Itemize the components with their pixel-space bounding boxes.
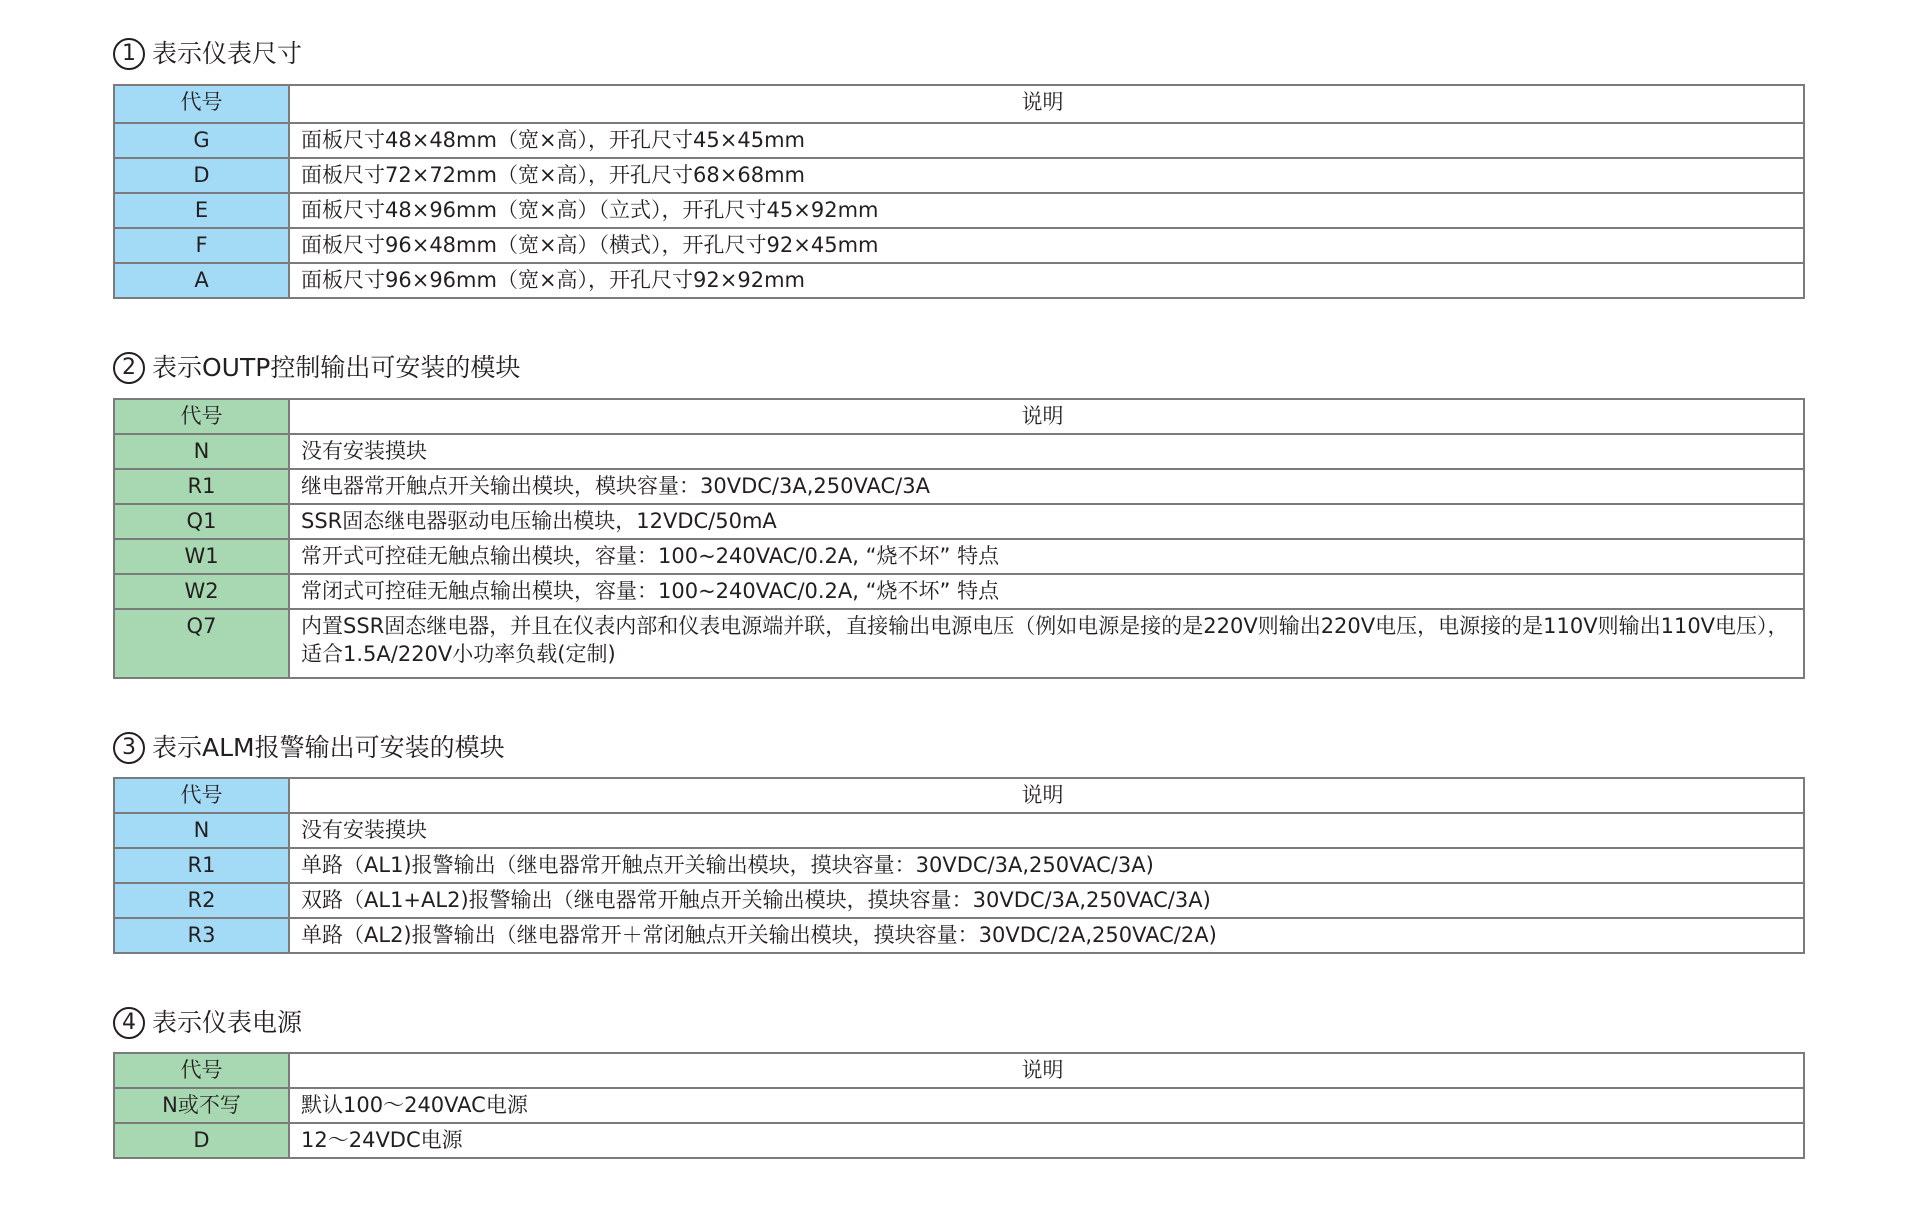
row-desc: 常开式可控硅无触点输出模块，容量：100~240VAC/0.2A, “烧不坏” … [289,539,1804,574]
row-code: R2 [114,883,289,918]
section-title-text: 表示OUTP控制输出可安装的模块 [152,353,520,383]
row-desc: 默认100～240VAC电源 [289,1088,1804,1123]
row-desc: 12～24VDC电源 [289,1123,1804,1158]
row-desc: 面板尺寸48×48mm（宽×高），开孔尺寸45×45mm [289,123,1804,158]
table-row: W2常闭式可控硅无触点输出模块，容量：100~240VAC/0.2A, “烧不坏… [114,574,1804,609]
row-desc: SSR固态继电器驱动电压输出模块，12VDC/50mA [289,504,1804,539]
outp-module-table: 代号 说明 N没有安装摸块 R1继电器常开触点开关输出模块，模块容量：30VDC… [113,398,1805,679]
row-code: N或不写 [114,1088,289,1123]
section-title-text: 表示ALM报警输出可安装的模块 [152,733,505,763]
section-title-text: 表示仪表电源 [152,1008,302,1038]
circled-number-icon: 4 [113,1007,145,1039]
row-code: E [114,193,289,228]
header-code: 代号 [114,1053,289,1088]
section-1-title: 1 表示仪表尺寸 [113,38,302,70]
row-code: W1 [114,539,289,574]
table-row: N没有安装摸块 [114,813,1804,848]
row-desc: 面板尺寸96×96mm（宽×高），开孔尺寸92×92mm [289,263,1804,298]
row-desc: 单路（AL2)报警输出（继电器常开＋常闭触点开关输出模块，摸块容量：30VDC/… [289,918,1804,953]
table-row: R1单路（AL1)报警输出（继电器常开触点开关输出模块，摸块容量：30VDC/3… [114,848,1804,883]
header-code: 代号 [114,399,289,434]
row-code: D [114,1123,289,1158]
table-row: D面板尺寸72×72mm（宽×高），开孔尺寸68×68mm [114,158,1804,193]
table-row: D12～24VDC电源 [114,1123,1804,1158]
header-desc: 说明 [289,1053,1804,1088]
row-desc: 面板尺寸72×72mm（宽×高），开孔尺寸68×68mm [289,158,1804,193]
row-desc: 常闭式可控硅无触点输出模块，容量：100~240VAC/0.2A, “烧不坏” … [289,574,1804,609]
row-desc: 双路（AL1+AL2)报警输出（继电器常开触点开关输出模块，摸块容量：30VDC… [289,883,1804,918]
size-spec-table: 代号 说明 G面板尺寸48×48mm（宽×高），开孔尺寸45×45mm D面板尺… [113,84,1805,299]
table-row: W1常开式可控硅无触点输出模块，容量：100~240VAC/0.2A, “烧不坏… [114,539,1804,574]
table-row: A面板尺寸96×96mm（宽×高），开孔尺寸92×92mm [114,263,1804,298]
row-desc: 内置SSR固态继电器，并且在仪表内部和仪表电源端并联，直接输出电源电压（例如电源… [289,609,1804,678]
section-3-title: 3 表示ALM报警输出可安装的模块 [113,732,505,764]
table-row: R3单路（AL2)报警输出（继电器常开＋常闭触点开关输出模块，摸块容量：30VD… [114,918,1804,953]
section-4-title: 4 表示仪表电源 [113,1007,302,1039]
row-code: F [114,228,289,263]
circled-number-icon: 3 [113,732,145,764]
row-desc: 单路（AL1)报警输出（继电器常开触点开关输出模块，摸块容量：30VDC/3A,… [289,848,1804,883]
row-desc: 继电器常开触点开关输出模块，模块容量：30VDC/3A,250VAC/3A [289,469,1804,504]
row-code: G [114,123,289,158]
row-desc: 面板尺寸48×96mm（宽×高）（立式），开孔尺寸45×92mm [289,193,1804,228]
row-desc: 没有安装摸块 [289,434,1804,469]
table-row: G面板尺寸48×48mm（宽×高），开孔尺寸45×45mm [114,123,1804,158]
table-row: N或不写默认100～240VAC电源 [114,1088,1804,1123]
header-code: 代号 [114,778,289,813]
row-code: Q1 [114,504,289,539]
header-desc: 说明 [289,778,1804,813]
row-code: R3 [114,918,289,953]
header-desc: 说明 [289,85,1804,123]
table-header-row: 代号 说明 [114,1053,1804,1088]
row-code: N [114,434,289,469]
row-code: W2 [114,574,289,609]
power-supply-table: 代号 说明 N或不写默认100～240VAC电源 D12～24VDC电源 [113,1052,1805,1159]
table-row: R1继电器常开触点开关输出模块，模块容量：30VDC/3A,250VAC/3A [114,469,1804,504]
row-desc: 没有安装摸块 [289,813,1804,848]
circled-number-icon: 2 [113,352,145,384]
table-header-row: 代号 说明 [114,399,1804,434]
row-desc: 面板尺寸96×48mm（宽×高）（横式），开孔尺寸92×45mm [289,228,1804,263]
table-header-row: 代号 说明 [114,778,1804,813]
row-code: D [114,158,289,193]
header-desc: 说明 [289,399,1804,434]
table-row: R2双路（AL1+AL2)报警输出（继电器常开触点开关输出模块，摸块容量：30V… [114,883,1804,918]
row-code: Q7 [114,609,289,678]
table-row: Q1SSR固态继电器驱动电压输出模块，12VDC/50mA [114,504,1804,539]
table-row: E面板尺寸48×96mm（宽×高）（立式），开孔尺寸45×92mm [114,193,1804,228]
circled-number-icon: 1 [113,38,145,70]
header-code: 代号 [114,85,289,123]
table-row: N没有安装摸块 [114,434,1804,469]
row-code: R1 [114,469,289,504]
row-code: N [114,813,289,848]
alm-module-table: 代号 说明 N没有安装摸块 R1单路（AL1)报警输出（继电器常开触点开关输出模… [113,777,1805,954]
row-code: R1 [114,848,289,883]
section-title-text: 表示仪表尺寸 [152,39,302,69]
table-row: Q7内置SSR固态继电器，并且在仪表内部和仪表电源端并联，直接输出电源电压（例如… [114,609,1804,678]
table-header-row: 代号 说明 [114,85,1804,123]
section-2-title: 2 表示OUTP控制输出可安装的模块 [113,352,520,384]
table-row: F面板尺寸96×48mm（宽×高）（横式），开孔尺寸92×45mm [114,228,1804,263]
row-code: A [114,263,289,298]
